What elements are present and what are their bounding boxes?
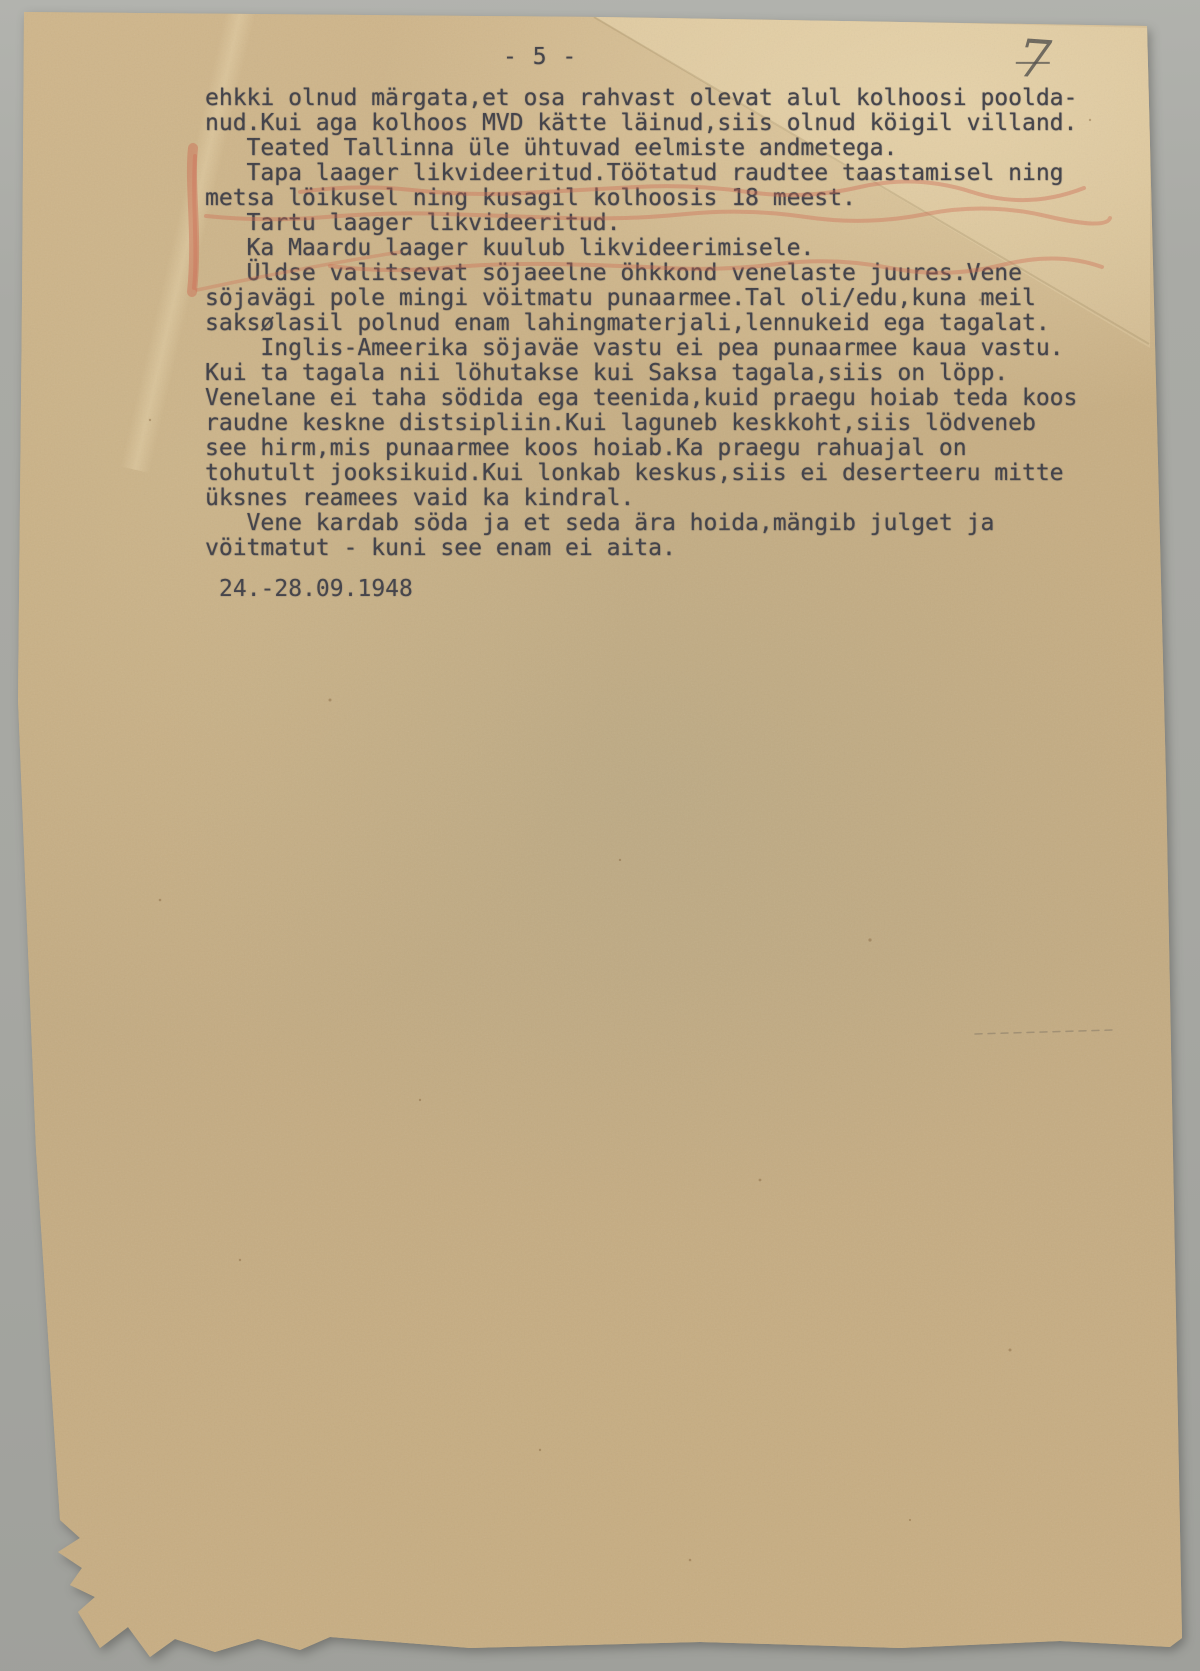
typed-line: Kui ta tagala nii löhutakse kui Saksa ta…	[205, 361, 1105, 386]
typed-line: see hirm,mis punaarmee koos hoiab.Ka pra…	[205, 436, 1105, 461]
typed-line: ehkki olnud märgata,et osa rahvast oleva…	[205, 86, 1105, 111]
scanned-document-page: - 5 - 7 ehkki olnud märgata,et osa rahva…	[0, 0, 1200, 1671]
paper-shadow: - 5 - 7 ehkki olnud märgata,et osa rahva…	[0, 0, 1200, 1671]
faint-pencil-dashed-line	[975, 1030, 1112, 1034]
typed-line: Ka Maardu laager kuulub likvideerimisele…	[205, 236, 1105, 261]
typed-line: vöitmatut - kuni see enam ei aita.	[205, 536, 1105, 561]
typed-line: Tartu laager likvideeritud.	[205, 211, 1105, 236]
handwritten-page-number-digit: 7	[1016, 29, 1053, 91]
typed-line: üksnes reamees vaid ka kindral.	[205, 486, 1105, 511]
typed-line: raudne keskne distsipliin.Kui laguneb ke…	[205, 411, 1105, 436]
typed-line: saksølasil polnud enam lahingmaterjali,l…	[205, 311, 1105, 336]
typed-page-number: - 5 -	[503, 44, 577, 70]
typed-line: Üldse valitsevat söjaeelne öhkkond venel…	[205, 261, 1105, 286]
typewritten-text-block: ehkki olnud märgata,et osa rahvast oleva…	[205, 86, 1105, 561]
typed-line: söjavägi pole mingi vöitmatu punaarmee.T…	[205, 286, 1105, 311]
handwritten-page-number: 7	[1016, 29, 1053, 91]
typed-line: Teated Tallinna üle ühtuvad eelmiste and…	[205, 136, 1105, 161]
typed-line: Inglis-Ameerika söjaväe vastu ei pea pun…	[205, 336, 1105, 361]
typed-line: tohutult jooksikuid.Kui lonkab keskus,si…	[205, 461, 1105, 486]
red-margin-emphasis-bar-core	[194, 156, 195, 288]
red-margin-emphasis-bar	[192, 148, 194, 292]
typed-line: Tapa laager likvideeritud.Töötatud raudt…	[205, 161, 1105, 186]
pencil-crossbar-stroke	[1016, 62, 1050, 64]
typed-line: nud.Kui aga kolhoos MVD kätte läinud,sii…	[205, 111, 1105, 136]
paper-sheet: - 5 - 7 ehkki olnud märgata,et osa rahva…	[0, 0, 1200, 1671]
typed-line: metsa löikusel ning kusagil kolhoosis 18…	[205, 186, 1105, 211]
typed-line: Venelane ei taha södida ega teenida,kuid…	[205, 386, 1105, 411]
typed-date: 24.-28.09.1948	[219, 576, 413, 602]
typed-line: Vene kardab söda ja et seda ära hoida,mä…	[205, 511, 1105, 536]
